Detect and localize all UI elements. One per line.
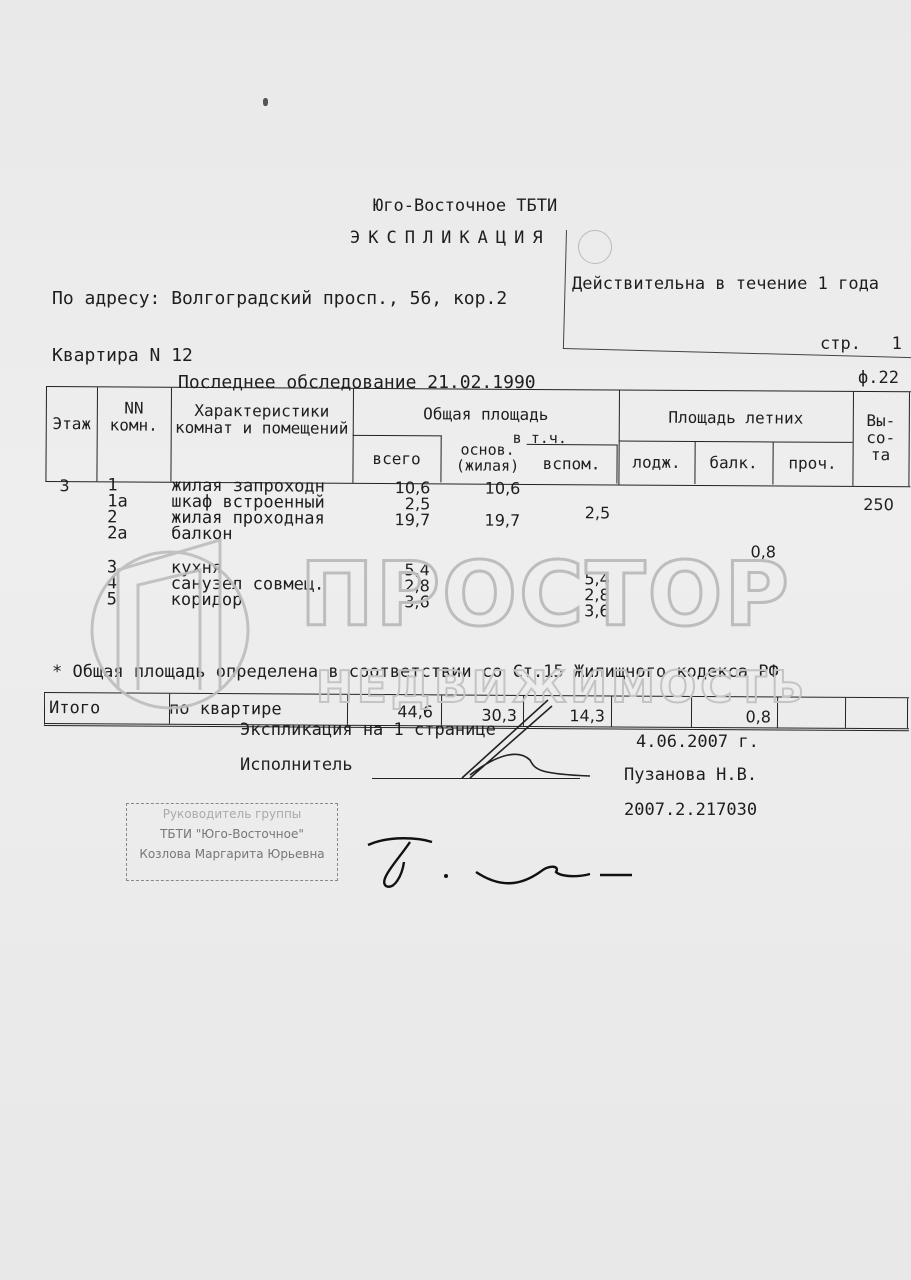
form-code: ф.22	[858, 368, 899, 388]
registration-number: 2007.2.217030	[624, 800, 757, 820]
paper-speck	[263, 98, 268, 106]
totals-loggia	[611, 696, 692, 726]
apartment-number: Квартира N 12	[52, 345, 193, 366]
table-header: Этаж NN комн. Характеристики комнат и по…	[45, 386, 911, 487]
area-aux: 3,6	[584, 603, 610, 619]
organization-name: Юго-Восточное ТБТИ	[373, 196, 557, 216]
area-total: 19,7	[395, 512, 431, 528]
floor-value: 3	[59, 478, 69, 494]
header-height: Вы- со- та	[852, 392, 910, 486]
header-characteristics: Характеристики комнат и помещений	[170, 388, 354, 483]
pages-note: Экспликация на 1 странице	[240, 720, 496, 740]
totals-aux: 14,3	[523, 696, 612, 727]
totals-label: Итого	[45, 693, 170, 724]
area-main: 19,7	[485, 513, 521, 529]
area-total: 3,6	[404, 594, 430, 610]
address: По адресу: Волгоградский просп., 56, кор…	[52, 288, 507, 309]
area-balcony: 0,8	[750, 544, 776, 560]
header-aux: вспом.	[526, 444, 617, 484]
footnote: * Общая площадь определена в соответстви…	[52, 662, 779, 682]
totals-balcony: 0,8	[691, 697, 778, 728]
header-summer-area: Площадь летних	[619, 391, 853, 427]
header-total-area: Общая площадь	[353, 389, 619, 424]
executor-name: Пузанова Н.В.	[624, 765, 757, 785]
totals-height	[845, 698, 908, 728]
height-value: 250	[863, 497, 894, 513]
header-main: основ. (жилая)	[448, 441, 526, 473]
totals-other	[777, 697, 846, 727]
area-main: 10,6	[485, 481, 521, 497]
header-floor: Этаж	[46, 387, 98, 481]
issue-date: 4.06.2007 г.	[636, 732, 759, 752]
room-description: балкон	[171, 527, 233, 543]
room-number: 2а	[107, 526, 128, 542]
area-aux: 2,5	[585, 505, 611, 521]
header-balcony: балк.	[694, 441, 773, 484]
stamp-line-3: Козлова Маргарита Юрьевна	[127, 844, 337, 864]
header-all: всего	[352, 435, 441, 483]
page-label: стр. 1	[820, 334, 902, 354]
header-total-area-group: Общая площадь всего в т.ч. основ. (жилая…	[352, 389, 620, 485]
document-title: ЭКСПЛИКАЦИЯ	[350, 228, 551, 248]
official-stamp: Руководитель группы ТБТИ "Юго-Восточное"…	[126, 803, 338, 881]
signature-line	[372, 778, 580, 779]
header-loggia: лодж.	[618, 440, 695, 483]
stamp-line-1: Руководитель группы	[127, 804, 337, 824]
header-summer-area-group: Площадь летних лодж. балк. проч.	[618, 391, 854, 486]
header-other: проч.	[772, 441, 852, 484]
room-number: 5	[107, 592, 117, 608]
header-room-no: NN комн.	[96, 387, 172, 481]
validity-note: Действительна в течение 1 года	[572, 274, 879, 294]
stamp-line-2: ТБТИ "Юго-Восточное"	[127, 824, 337, 844]
executor-label: Исполнитель	[240, 755, 353, 775]
room-description: коридор	[171, 593, 243, 609]
document-page: Юго-Восточное ТБТИ ЭКСПЛИКАЦИЯ По адресу…	[0, 0, 911, 1280]
